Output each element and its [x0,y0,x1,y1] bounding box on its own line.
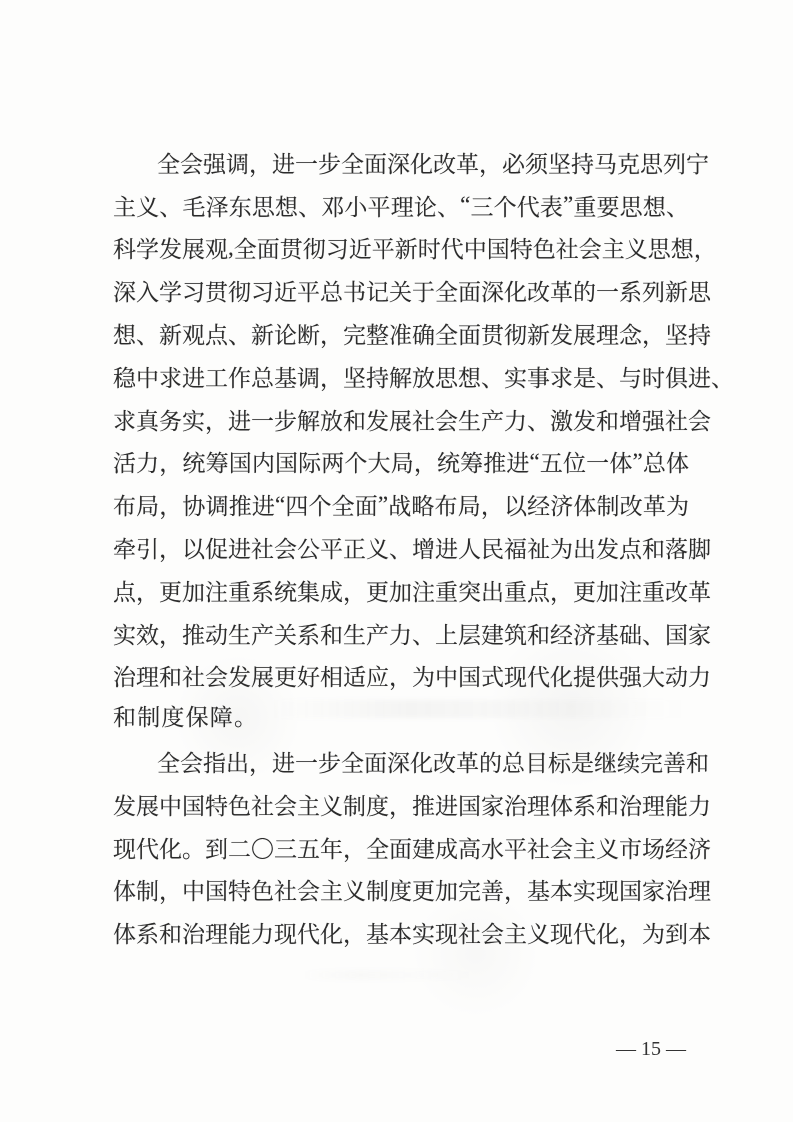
text-line: 主义、毛泽东思想、邓小平理论、“三个代表”重要思想、 [113,184,689,227]
text-line: 科学发展观,全面贯彻习近平新时代中国特色社会主义思想， [113,227,689,270]
text-line: 点，更加注重系统集成，更加注重突出重点，更加注重改革 [113,569,689,612]
text-line: 活力，统筹国内国际两个大局，统筹推进“五位一体”总体 [113,441,689,484]
text-line: 深入学习贯彻习近平总书记关于全面深化改革的一系列新思 [113,269,689,312]
text-line: 和制度保障。 [113,697,689,740]
text-line: 牵引，以促进社会公平正义、增进人民福祉为出发点和落脚 [113,526,689,569]
document-body: 全会强调，进一步全面深化改革，必须坚持马克思列宁 主义、毛泽东思想、邓小平理论、… [113,141,689,954]
text-line: 稳中求进工作总基调，坚持解放思想、实事求是、与时俱进、 [113,355,689,398]
text-line: 全会强调，进一步全面深化改革，必须坚持马克思列宁 [113,141,689,184]
text-line: 全会指出，进一步全面深化改革的总目标是继续完善和 [113,740,689,783]
scan-smudge [300,970,480,980]
text-line: 实效，推动生产关系和生产力、上层建筑和经济基础、国家 [113,612,689,655]
text-line: 体系和治理能力现代化，基本实现社会主义现代化，为到本 [113,911,689,954]
text-line: 发展中国特色社会主义制度，推进国家治理体系和治理能力 [113,783,689,826]
text-line: 求真务实，进一步解放和发展社会生产力、激发和增强社会 [113,398,689,441]
document-page: 全会强调，进一步全面深化改革，必须坚持马克思列宁 主义、毛泽东思想、邓小平理论、… [0,0,793,1122]
paragraph-1: 全会强调，进一步全面深化改革，必须坚持马克思列宁 主义、毛泽东思想、邓小平理论、… [113,141,689,740]
page-number: — 15 — [596,1034,706,1064]
text-line: 现代化。到二〇三五年，全面建成高水平社会主义市场经济 [113,826,689,869]
text-line: 布局，协调推进“四个全面”战略布局，以经济体制改革为 [113,483,689,526]
text-line: 想、新观点、新论断，完整准确全面贯彻新发展理念，坚持 [113,312,689,355]
text-line: 治理和社会发展更好相适应，为中国式现代化提供强大动力 [113,655,689,698]
text-line: 体制，中国特色社会主义制度更加完善，基本实现国家治理 [113,869,689,912]
paragraph-2: 全会指出，进一步全面深化改革的总目标是继续完善和 发展中国特色社会主义制度，推进… [113,740,689,954]
